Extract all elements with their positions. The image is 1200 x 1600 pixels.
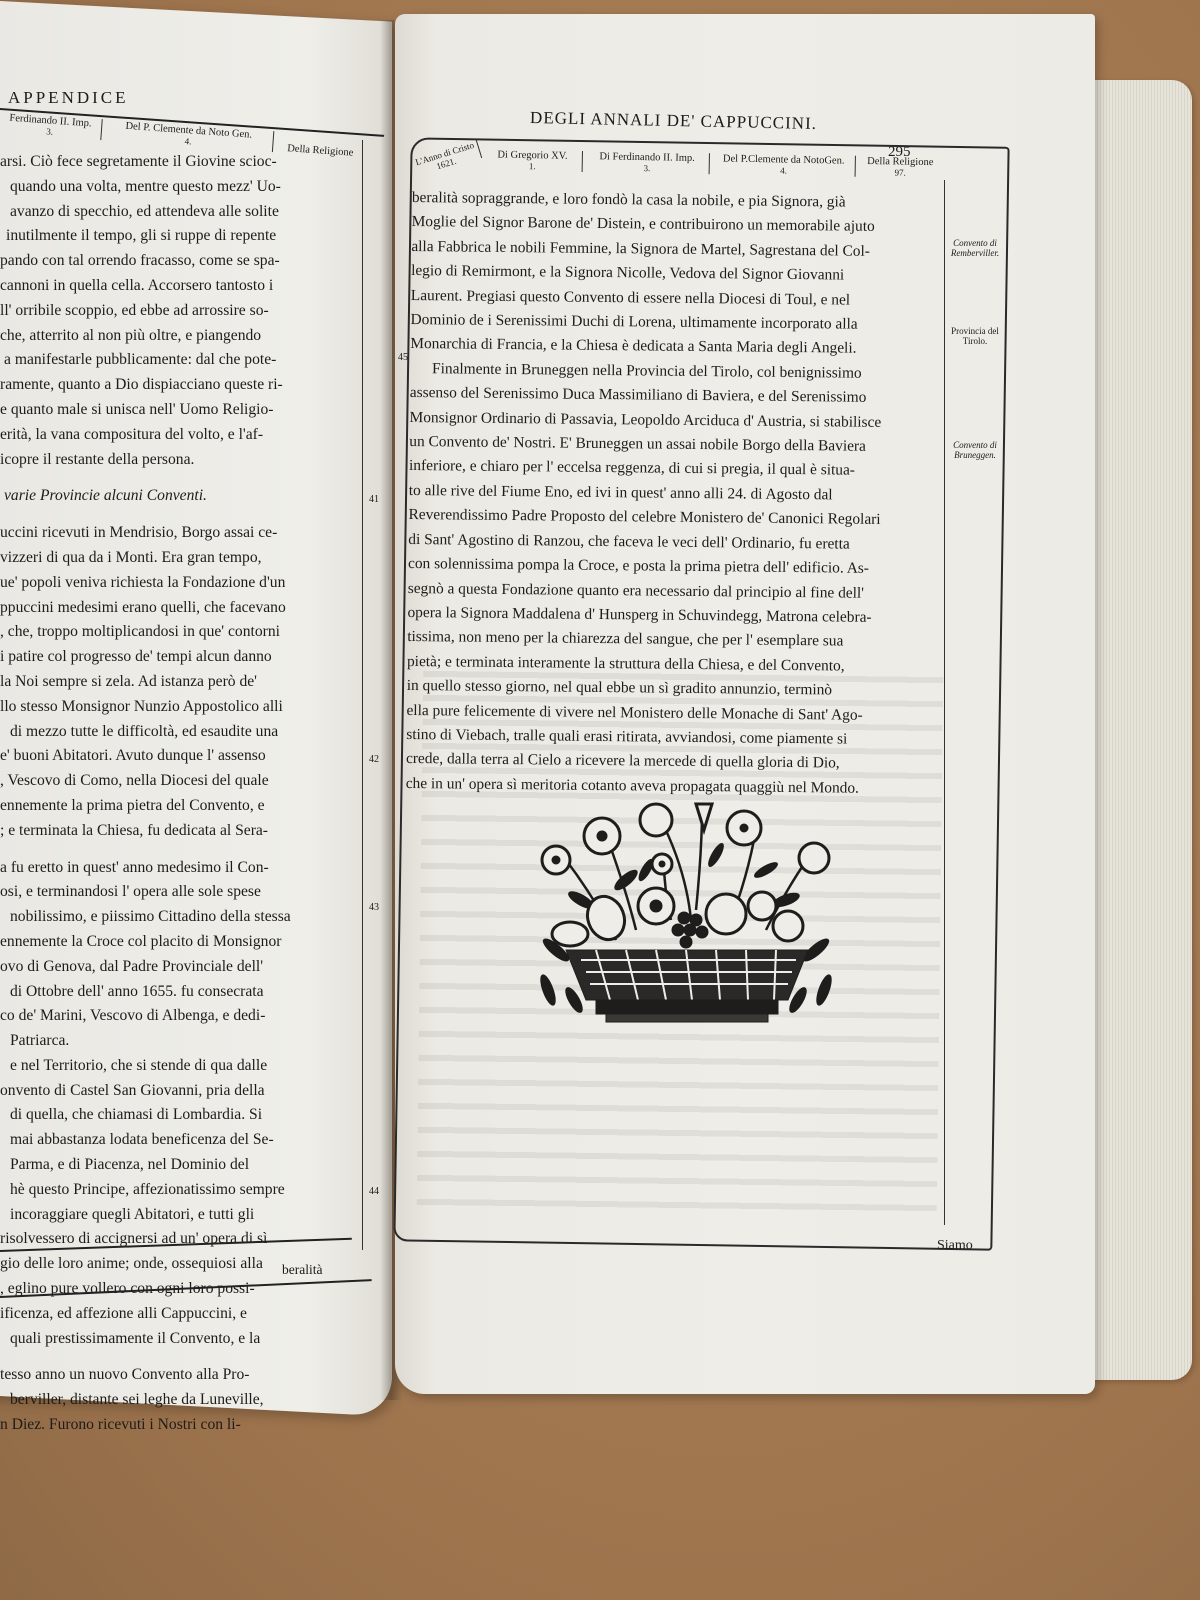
text-line: hè questo Principe, affezionatissimo sem…	[0, 1178, 360, 1203]
margin-note-rule	[944, 180, 945, 1225]
header-col-value: 3.	[591, 162, 703, 174]
text-line: ificenza, ed affezione alli Cappuccini, …	[0, 1302, 360, 1327]
header-col-emperor: Di Ferdinando II. Imp.3.	[585, 151, 710, 174]
text-line: ovo di Genova, dal Padre Provinciale del…	[0, 955, 360, 980]
text-line: erità, la vana compositura del volto, e …	[0, 423, 360, 448]
text-line: , che, troppo moltiplicandosi in que' co…	[0, 620, 360, 645]
header-col-label: Di Gregorio XV.	[497, 150, 567, 162]
text-line: vizzeri di qua da i Monti. Era gran temp…	[0, 546, 360, 571]
text-line: incoraggiare quegli Abitatori, e tutti g…	[0, 1203, 360, 1228]
header-col-pope: Di Gregorio XV.1.	[483, 149, 582, 172]
text-line: la Noi sempre si zela. Ad istanza però d…	[0, 670, 360, 695]
woodcut-basket-ornament	[526, 800, 848, 1036]
page-edges	[1092, 80, 1192, 1380]
text-line: a fu eretto in quest' anno medesimo il C…	[0, 856, 360, 881]
text-line: di Ottobre dell' anno 1655. fu consecrat…	[0, 980, 360, 1005]
header-col-label: Di Ferdinando II. Imp.	[599, 151, 695, 164]
text-line: ramente, quanto a Dio dispiacciano quest…	[0, 373, 360, 398]
margin-note: Provincia del Tirolo.	[950, 326, 1000, 346]
text-line: nobilissimo, e piissimo Cittadino della …	[0, 905, 360, 930]
text-line: osi, e terminandosi l' opera alle sole s…	[0, 880, 360, 905]
text-line: ; e terminata la Chiesa, fu dedicata al …	[0, 819, 360, 844]
text-line: onvento di Castel San Giovanni, pria del…	[0, 1079, 360, 1104]
right-catchword: Siamo	[937, 1238, 973, 1254]
text-line: pando con tal orrendo fracasso, come se …	[0, 249, 360, 274]
text-line: Parma, e di Piacenza, nel Dominio del	[0, 1153, 360, 1178]
text-line: tesso anno un nuovo Convento alla Pro-	[0, 1363, 360, 1388]
text-line: di quella, che chiamasi di Lombardia. Si	[0, 1103, 360, 1128]
margin-number: 44	[369, 1186, 379, 1197]
header-col-value: 97.	[864, 167, 936, 178]
text-line: ll' orribile scoppio, ed ebbe ad arrossi…	[0, 299, 360, 324]
left-running-title: APPENDICE	[8, 88, 129, 108]
section-heading: varie Provincie alcuni Conventi.	[0, 484, 360, 509]
text-line: llo stesso Monsignor Nunzio Appostolico …	[0, 695, 360, 720]
text-line: co de' Marini, Vescovo di Albenga, e ded…	[0, 1004, 360, 1029]
text-line: ppuccini medesimi erano quelli, che face…	[0, 596, 360, 621]
header-col-label: Della Religione	[867, 156, 933, 168]
header-col-value: 1.	[489, 160, 575, 171]
margin-note: Convento di Remberviller.	[950, 238, 1000, 258]
header-col-general: Del P.Clemente da NotoGen.4.	[712, 153, 855, 176]
text-line: che, atterrito al non più oltre, e piang…	[0, 324, 360, 349]
text-line: cannoni in quella cella. Accorsero tanto…	[0, 274, 360, 299]
text-line: icopre il restante della persona.	[0, 448, 360, 473]
text-line: ennemente la prima pietra del Convento, …	[0, 794, 360, 819]
margin-number: 45	[398, 352, 408, 363]
text-line: uccini ricevuti in Mendrisio, Borgo assa…	[0, 521, 360, 546]
text-line: ue' popoli veniva richiesta la Fondazion…	[0, 571, 360, 596]
text-line: quando una volta, mentre questo mezz' Uo…	[0, 175, 360, 200]
left-catchword: beralità	[282, 1262, 322, 1278]
text-line: berviller, distante sei leghe da Lunevil…	[0, 1388, 360, 1413]
text-line: i patire col progresso de' tempi alcun d…	[0, 645, 360, 670]
text-line: Patriarca.	[0, 1029, 360, 1054]
text-line: a manifestarle pubblicamente: dal che po…	[0, 348, 360, 373]
header-col-religion: Della Religione97.	[858, 156, 942, 178]
margin-number: 43	[369, 902, 379, 913]
text-line: mai abbastanza lodata beneficenza del Se…	[0, 1128, 360, 1153]
text-line: quali prestissimamente il Convento, e la	[0, 1327, 360, 1352]
left-margin-rule	[362, 140, 363, 1250]
text-line: ennemente la Croce col placito di Monsig…	[0, 930, 360, 955]
text-line: e quanto male si unisca nell' Uomo Relig…	[0, 398, 360, 423]
text-line: avanzo di specchio, ed attendeva alle so…	[0, 200, 360, 225]
text-line: di mezzo tutte le difficoltà, ed esaudit…	[0, 720, 360, 745]
text-line: arsi. Ciò fece segretamente il Giovine s…	[0, 150, 360, 175]
text-line: e nel Territorio, che si stende di qua d…	[0, 1054, 360, 1079]
text-line: inutilmente il tempo, gli si ruppe di re…	[0, 224, 360, 249]
margin-number: 42	[369, 754, 379, 765]
text-line: n Diez. Furono ricevuti i Nostri con li-	[0, 1413, 360, 1438]
margin-note: Convento di Bruneggen.	[950, 440, 1000, 460]
margin-number: 41	[369, 494, 379, 505]
text-line: , Vescovo di Como, nella Diocesi del qua…	[0, 769, 360, 794]
text-line: e' buoni Abitatori. Avuto dunque l' asse…	[0, 744, 360, 769]
